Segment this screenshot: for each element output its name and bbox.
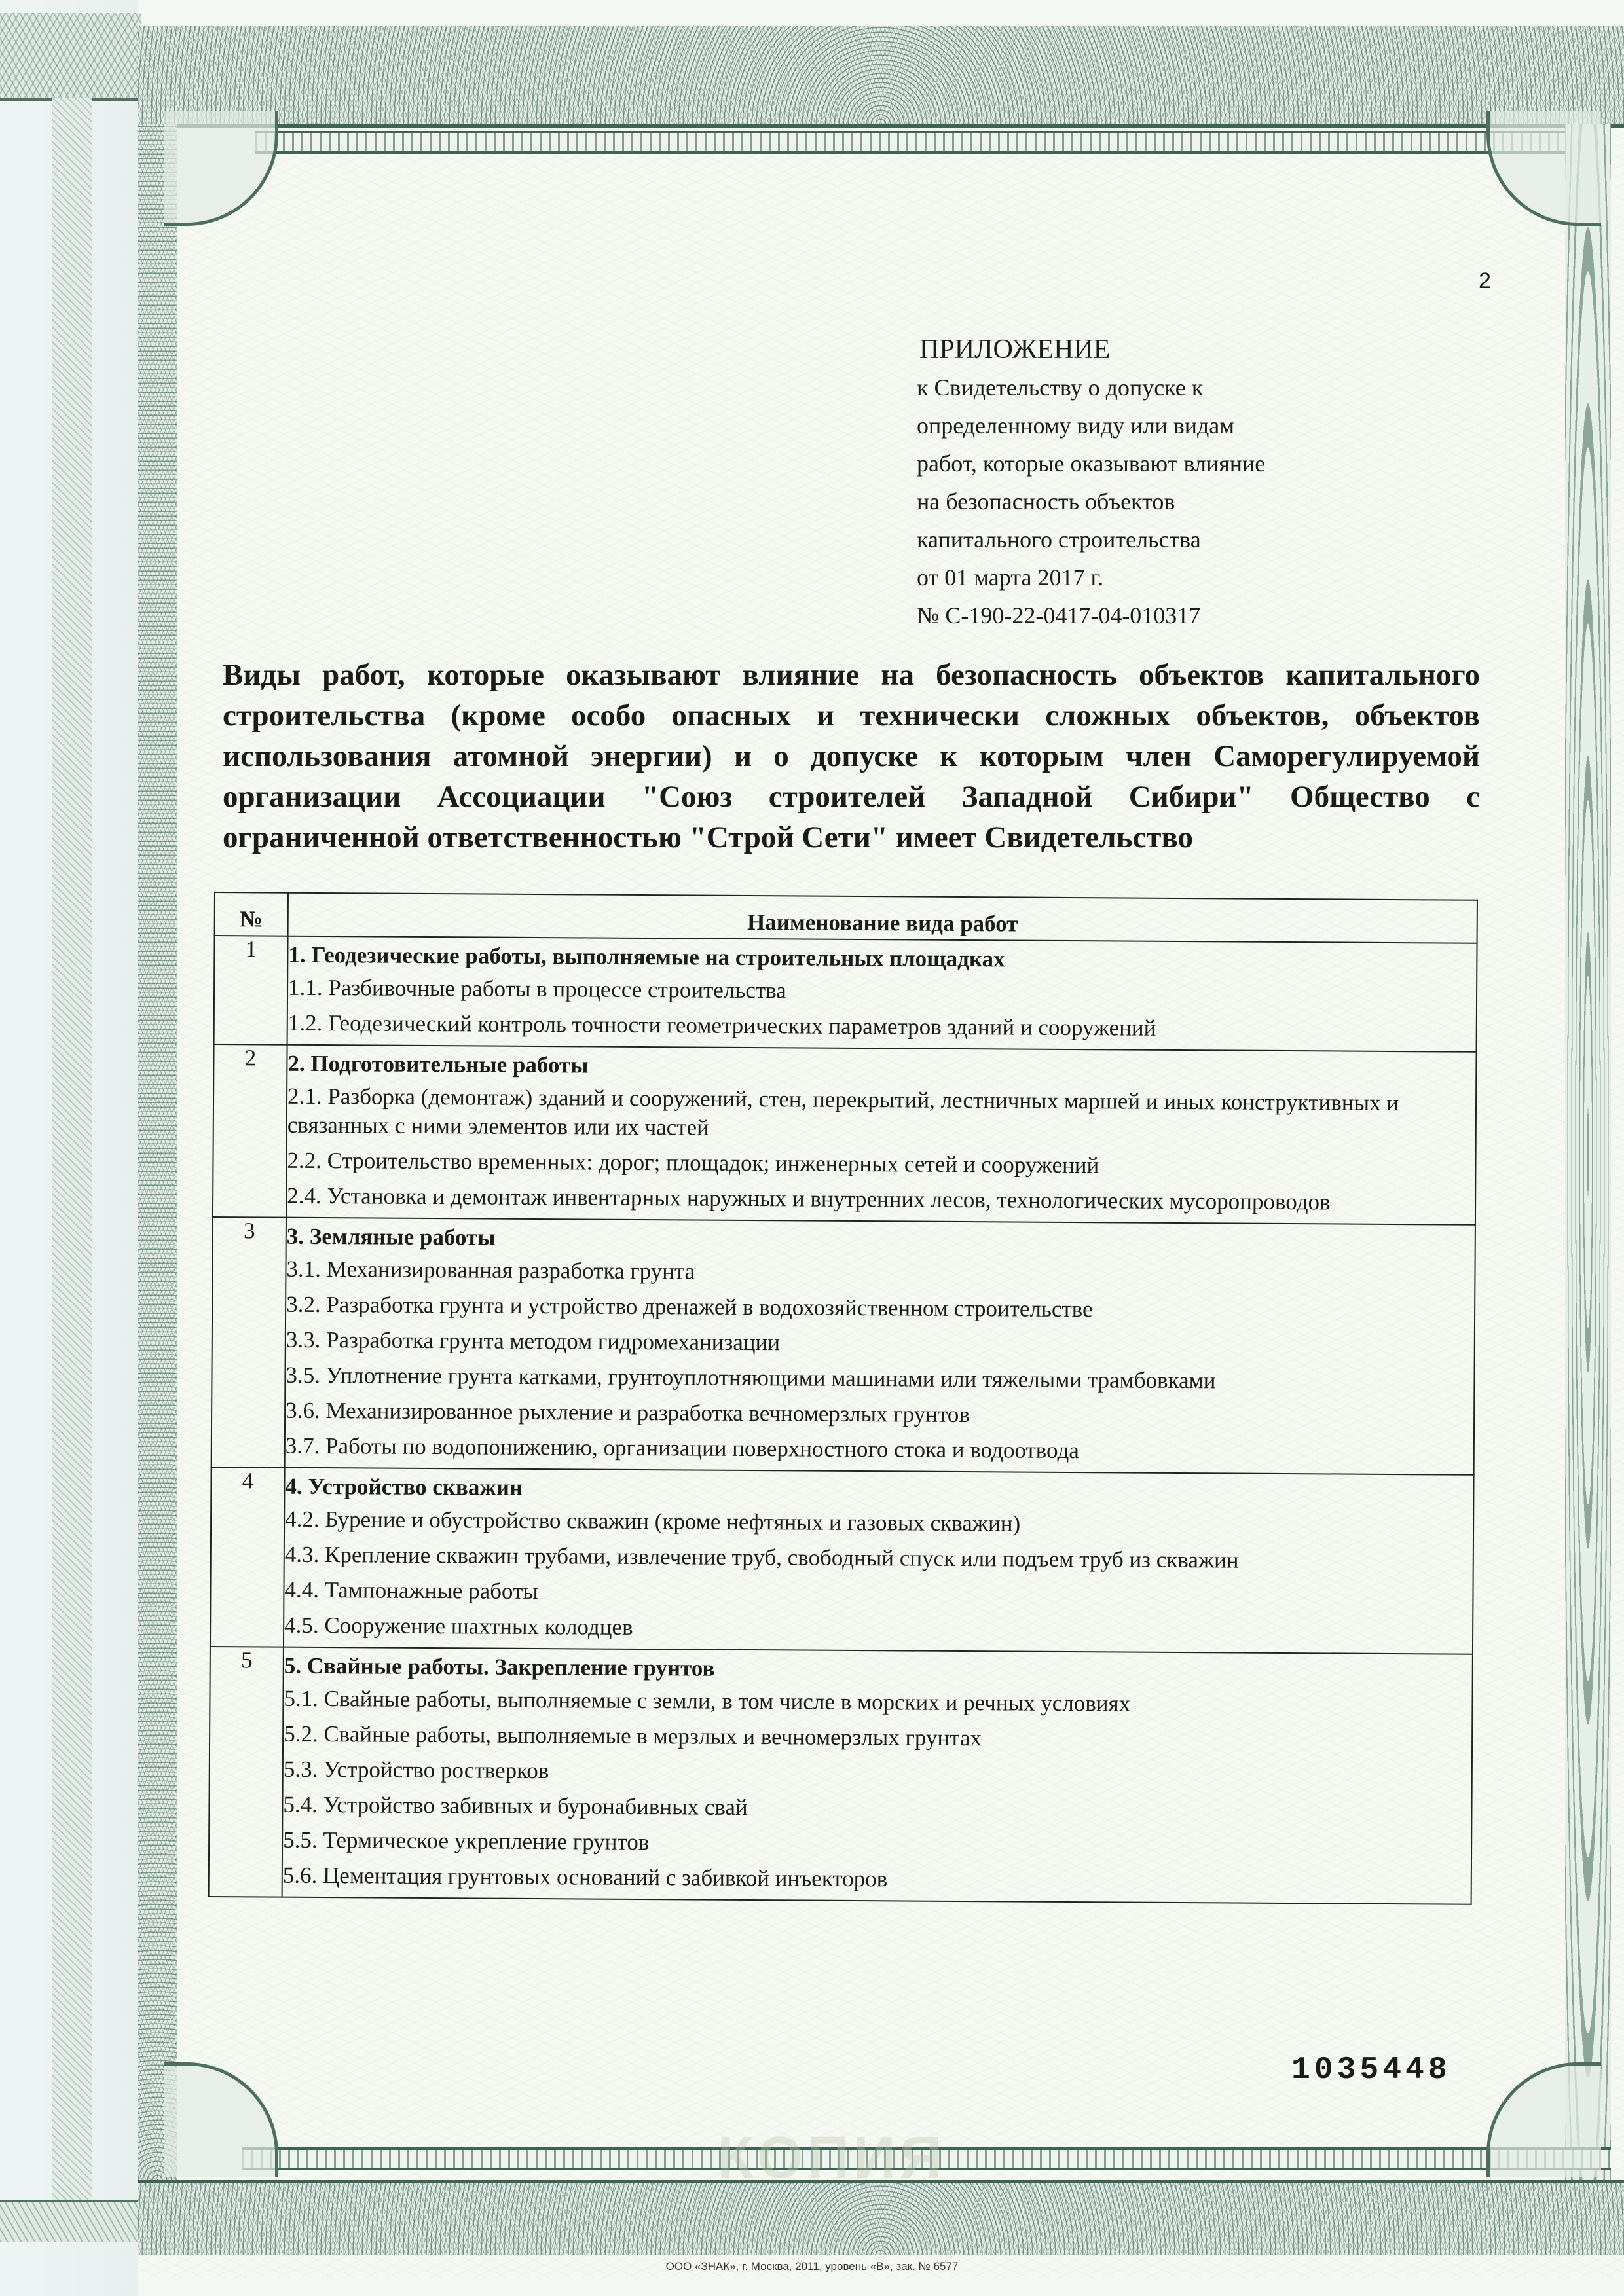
corner-scroll-ornament-top-left (164, 111, 278, 226)
guilloche-border-left (138, 124, 177, 2180)
table-row: 55. Свайные работы. Закрепление грунтов5… (209, 1647, 1473, 1904)
work-subitem: 5.3. Устройство ростверков (284, 1755, 1471, 1791)
table-row: 44. Устройство скважин4.2. Бурение и обу… (210, 1467, 1474, 1654)
appendix-reference-lines: к Свидетельству о допуске копределенному… (917, 369, 1375, 634)
copy-watermark: КОПИЯ (707, 2124, 956, 2192)
column-header-work-name: Наименование вида работ (288, 893, 1477, 943)
ornament-chain-top (255, 131, 1611, 154)
appendix-line: определенному виду или видам (917, 407, 1375, 445)
work-subitem: 3.7. Работы по водопонижению, организаци… (286, 1432, 1473, 1468)
work-type-cell: 5. Свайные работы. Закрепление грунтов5.… (282, 1647, 1473, 1904)
work-subitem: 2.4. Установка и демонтаж инвентарных на… (287, 1182, 1475, 1218)
work-subitem: 2.1. Разборка (демонтаж) зданий и сооруж… (287, 1082, 1476, 1147)
appendix-line: № С-190-22-0417-04-010317 (917, 596, 1375, 634)
appendix-line: от 01 марта 2017 г. (917, 558, 1375, 596)
table-row: 33. Земляные работы3.1. Механизированная… (212, 1217, 1475, 1475)
underlying-page-border-top (0, 13, 141, 101)
work-subitem: 3.5. Уплотнение грунта катками, грунтоуп… (286, 1361, 1473, 1397)
serial-number: 1035448 (1291, 2052, 1451, 2088)
table-row: 22. Подготовительные работы2.1. Разборка… (213, 1044, 1477, 1225)
column-header-number: № (215, 892, 288, 936)
appendix-block: ПРИЛОЖЕНИЕ к Свидетельству о допуске коп… (917, 331, 1375, 634)
work-subitem: 4.4. Тампонажные работы (284, 1576, 1472, 1612)
appendix-line: на безопасность объектов (917, 483, 1375, 520)
corner-scroll-ornament-bottom-right (1486, 2062, 1601, 2177)
work-subitem: 5.5. Термическое укрепление грунтов (283, 1826, 1471, 1862)
row-number: 5 (209, 1647, 284, 1897)
work-subitem: 3.3. Разработка грунта методом гидромеха… (286, 1326, 1474, 1362)
table-row: 11. Геодезические работы, выполняемые на… (214, 936, 1477, 1052)
row-number: 4 (210, 1467, 285, 1647)
corner-scroll-ornament-top-right (1486, 111, 1601, 226)
printer-imprint: ООО «ЗНАК», г. Москва, 2011, уровень «В»… (0, 2260, 1624, 2273)
page-number: 2 (1479, 268, 1491, 294)
work-subitem: 1.2. Геодезический контроль точности гео… (288, 1009, 1476, 1045)
work-type-cell: 1. Геодезические работы, выполняемые на … (287, 936, 1477, 1052)
document-heading: Виды работ, которые оказывают влияние на… (223, 655, 1480, 858)
works-table: № Наименование вида работ 11. Геодезичес… (208, 892, 1478, 1905)
work-type-cell: 3. Земляные работы3.1. Механизированная … (285, 1218, 1475, 1475)
work-subitem: 5.2. Свайные работы, выполняемые в мерзл… (284, 1720, 1471, 1756)
table-header-row: № Наименование вида работ (215, 892, 1477, 943)
row-number: 2 (213, 1044, 287, 1218)
work-type-cell: 2. Подготовительные работы2.1. Разборка … (286, 1045, 1477, 1225)
work-type-cell: 4. Устройство скважин4.2. Бурение и обус… (284, 1468, 1474, 1654)
work-subitem: 5.6. Цементация грунтовых оснований с за… (283, 1861, 1471, 1897)
guilloche-border-right (1565, 124, 1611, 2180)
work-subitem: 4.3. Крепление скважин трубами, извлечен… (285, 1540, 1473, 1576)
appendix-line: капитального строительства (917, 520, 1375, 558)
work-subitem: 5.4. Устройство забивных и буронабивных … (283, 1791, 1471, 1827)
appendix-title: ПРИЛОЖЕНИЕ (919, 331, 1375, 369)
corner-scroll-ornament-bottom-left (164, 2062, 278, 2177)
row-number: 1 (214, 936, 288, 1045)
guilloche-border-top (138, 26, 1624, 128)
work-subitem: 2.2. Строительство временных: дорог; пло… (287, 1146, 1475, 1182)
underlying-page-border-bottom (0, 2200, 141, 2242)
appendix-line: работ, которые оказывают влияние (917, 445, 1375, 483)
appendix-line: к Свидетельству о допуске к (917, 369, 1375, 407)
row-number: 3 (212, 1217, 286, 1468)
underlying-page-border-left (52, 98, 92, 2239)
work-subitem: 3.2. Разработка грунта и устройство дрен… (286, 1290, 1474, 1326)
work-subitem: 4.5. Сооружение шахтных колодцев (284, 1611, 1472, 1647)
work-subitem: 3.6. Механизированное рыхление и разрабо… (286, 1396, 1473, 1432)
